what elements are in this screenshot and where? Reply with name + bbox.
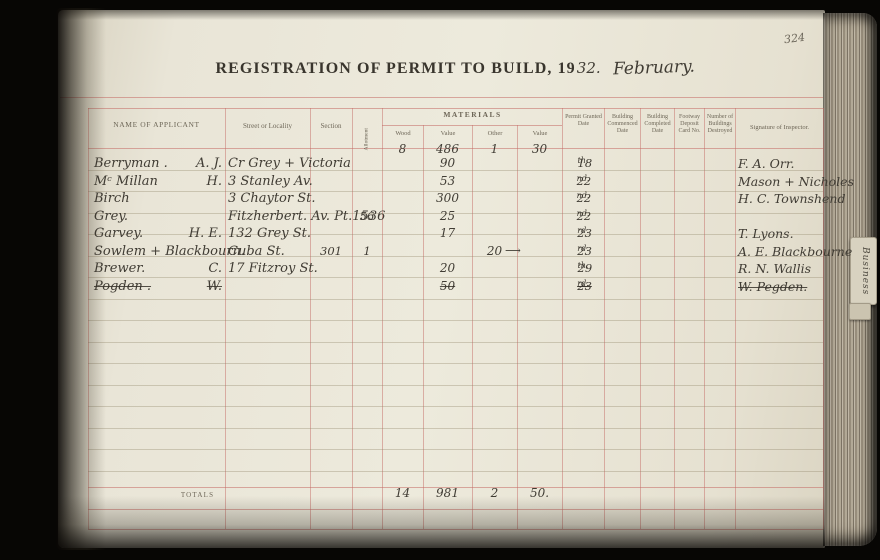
grid-hline-ruling xyxy=(88,299,823,300)
grid-hline-ruling xyxy=(88,471,823,472)
cell-street-or-locality: Cr Grey + Victoria xyxy=(228,156,388,171)
cell-permit-granted-date: 22nd. xyxy=(562,191,604,206)
header-wood: Wood xyxy=(383,130,423,138)
grid-hline-ruling xyxy=(88,449,823,450)
grid-hline-ruling xyxy=(88,406,823,407)
cell-applicant-name: Birch xyxy=(94,191,224,206)
header-materials: MATERIALS xyxy=(383,110,562,119)
header-wood-value: Value xyxy=(424,130,472,138)
header-building-commenced-date: Building Commenced Date xyxy=(605,114,640,136)
cell-other-value-total: 50. xyxy=(517,486,562,500)
table-row: Brewer. C. 17 Fitzroy St. 20 29th. R. N.… xyxy=(0,261,880,279)
page-title: REGISTRATION OF PERMIT TO BUILD, 1932. F… xyxy=(90,58,820,78)
grid-hline-red xyxy=(88,509,823,510)
table-row: Mᶜ Millan H. 3 Stanley Av. 53 22nd. Maso… xyxy=(0,174,880,192)
cell-street-or-locality: 3 Stanley Av. xyxy=(228,174,388,189)
cell-wood-value: 53 xyxy=(423,174,472,188)
permit-date-number: 29 xyxy=(578,261,593,275)
table-row: Sowlem + Blackbourn. Cuba St. 301 1 20 ⟶… xyxy=(0,244,880,262)
grid-hline-ruling xyxy=(88,428,823,429)
cell-inspector-signature: A. E. Blackbourne xyxy=(738,244,858,259)
totals-row: TOTALS 14 981 2 50. xyxy=(0,486,880,504)
cell-wood-value: 20 xyxy=(423,261,472,275)
cell-inspector-signature: H. C. Townshend xyxy=(738,191,858,206)
cell-inspector-signature: F. A. Orr. xyxy=(738,156,858,171)
header-building-completed-date: Building Completed Date xyxy=(641,114,674,136)
cell-other-value: 30 xyxy=(517,142,562,156)
header-other-value: Value xyxy=(518,130,562,138)
permit-date-number: 22 xyxy=(577,209,592,223)
title-year-handwritten: 32. xyxy=(577,59,601,77)
cell-permit-granted-date: 23rd. xyxy=(562,226,604,241)
grid-hline-red xyxy=(88,529,823,530)
grid-hline-ruling xyxy=(88,385,823,386)
cell-wood-value: 90 xyxy=(423,156,472,170)
arrow-mark: ⟶ xyxy=(505,244,535,257)
grid-hline-red xyxy=(60,97,823,98)
cell-other: 1 xyxy=(472,142,517,156)
cell-inspector-signature: R. N. Wallis xyxy=(738,261,858,276)
table-row: Garvey. H. E. 132 Grey St. 17 23rd. T. L… xyxy=(0,226,880,244)
permit-date-number: 23 xyxy=(577,279,592,293)
cell-wood-value-total: 981 xyxy=(423,486,472,500)
cell-applicant-initials: W. xyxy=(166,279,222,294)
cell-permit-granted-date: 18th. xyxy=(562,156,604,171)
cell-section: 301 xyxy=(310,244,352,258)
header-buildings-destroyed: Number of Buildings Destroyed xyxy=(705,114,735,136)
cell-inspector-signature: T. Lyons. xyxy=(738,226,858,241)
cell-applicant-name: Sowlem + Blackbourn. xyxy=(94,244,224,259)
header-footway-deposit-card: Footway Deposit Card No. xyxy=(675,114,704,136)
cell-allotment: 56 xyxy=(352,209,382,223)
cell-permit-granted-date: 29th. xyxy=(562,261,604,276)
scanned-ledger-screenshot: Business 324 REGISTRATION OF PERMIT TO B… xyxy=(0,0,880,560)
cell-wood-value: 50 xyxy=(423,279,472,293)
cell-street-or-locality: 17 Fitzroy St. xyxy=(228,261,388,276)
table-row: Birch 3 Chaytor St. 300 22nd. H. C. Town… xyxy=(0,191,880,209)
permit-date-number: 22 xyxy=(577,191,592,205)
cell-permit-granted-date: 22nd. xyxy=(562,174,604,189)
cell-wood-value: 486 xyxy=(423,142,472,156)
cell-wood: 8 xyxy=(382,142,423,156)
cell-applicant-initials: H. xyxy=(166,174,222,189)
header-section: Section xyxy=(311,122,351,130)
cell-applicant-initials: C. xyxy=(166,261,222,276)
cell-permit-granted-date: 23rd. xyxy=(562,244,604,259)
permit-date-number: 23 xyxy=(577,244,592,258)
cell-wood-value: 300 xyxy=(423,191,472,205)
table-row: Pogden . W. 50 23rd. W. Pegden. xyxy=(0,279,880,297)
cell-inspector-signature: Mason + Nicholes xyxy=(738,174,858,189)
cell-wood-value: 17 xyxy=(423,226,472,240)
totals-label: TOTALS xyxy=(150,491,245,499)
grid-hline-red xyxy=(382,125,562,126)
table-row: Grey. Fitzherbert. Av. Pt.1536 56 25 22n… xyxy=(0,209,880,227)
page-number: 324 xyxy=(783,31,805,46)
header-other: Other xyxy=(473,130,517,138)
cell-wood-value: 25 xyxy=(423,209,472,223)
permit-date-number: 18 xyxy=(578,156,593,170)
grid-hline-ruling xyxy=(88,342,823,343)
cell-permit-granted-date: 22nd. xyxy=(562,209,604,224)
cell-applicant-name: Grey. xyxy=(94,209,224,224)
title-month-handwritten: February. xyxy=(612,57,695,80)
cell-wood-total: 14 xyxy=(382,486,423,500)
grid-hline-red xyxy=(88,108,823,109)
title-printed: REGISTRATION OF PERMIT TO BUILD, 19 xyxy=(215,60,575,77)
cell-applicant-initials: H. E. xyxy=(166,226,222,241)
paper-stub xyxy=(849,303,871,320)
grid-hline-ruling xyxy=(88,320,823,321)
permit-date-number: 23 xyxy=(577,226,592,240)
cell-allotment: 1 xyxy=(352,244,382,258)
table-row: Berryman . A. J. Cr Grey + Victoria 90 1… xyxy=(0,156,880,174)
permit-date-number: 22 xyxy=(577,174,592,188)
grid-hline-ruling xyxy=(88,363,823,364)
header-street-or-locality: Street or Locality xyxy=(226,122,309,130)
header-signature-of-inspector: Signature of Inspector. xyxy=(736,124,823,132)
cell-street-or-locality: 132 Grey St. xyxy=(228,226,388,241)
cell-permit-granted-date: 23rd. xyxy=(562,279,604,294)
cell-street-or-locality: 3 Chaytor St. xyxy=(228,191,388,206)
cell-applicant-initials: A. J. xyxy=(166,156,222,171)
cell-inspector-signature: W. Pegden. xyxy=(738,279,858,294)
header-name-of-applicant: NAME OF APPLICANT xyxy=(90,120,223,129)
header-permit-granted-date: Permit Granted Date xyxy=(563,114,604,128)
cell-other-total: 2 xyxy=(472,486,517,500)
